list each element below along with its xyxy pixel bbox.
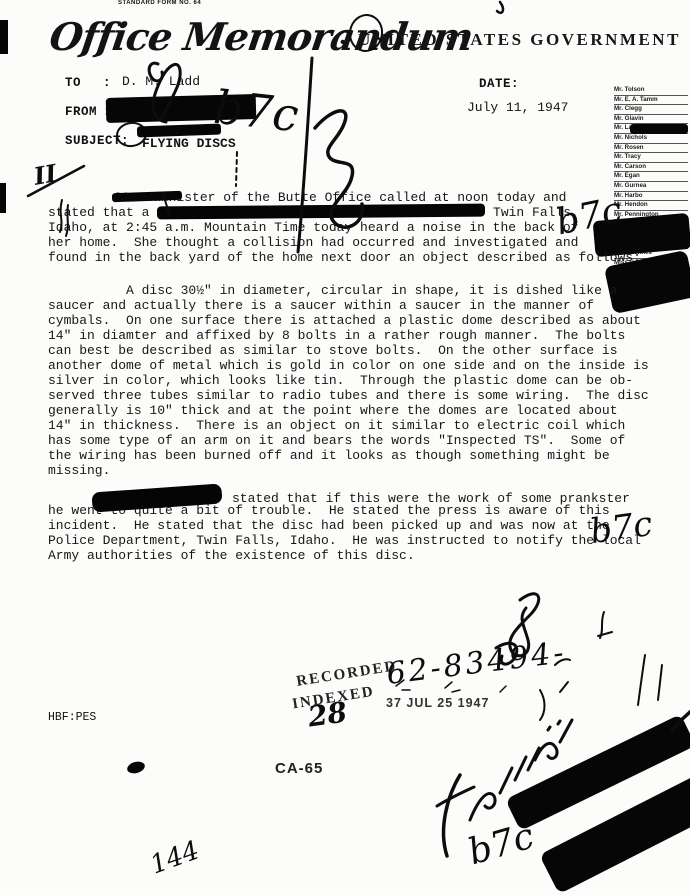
- signature-ascender: [548, 720, 572, 742]
- subject-tick-marks: [236, 152, 237, 186]
- file-number: 62-83494-: [385, 635, 569, 692]
- signature-t-loop: [535, 743, 557, 760]
- body-line: served three tubes similar to radio tube…: [48, 388, 678, 403]
- body-line: Police Department, Twin Falls, Idaho. He…: [48, 533, 678, 548]
- subject-value: FLYING DISCS: [142, 136, 236, 151]
- to-value: D. M. Ladd: [122, 74, 200, 89]
- body-line: another dome of metal which is gold in c…: [48, 358, 678, 373]
- to-colon: :: [103, 76, 111, 90]
- dist-item: Mr. E. A. Tamm: [614, 96, 688, 106]
- date-value: July 11, 1947: [467, 100, 568, 115]
- dist-item: Mr. Egan: [614, 172, 688, 182]
- dist-item: Mr. Tracy: [614, 153, 688, 163]
- indexed-count: 28: [306, 695, 349, 733]
- dist-item: Mr. Glavin: [614, 115, 688, 125]
- body-line: can best be described as similar to stov…: [48, 343, 678, 358]
- date-label: DATE:: [479, 77, 519, 91]
- dist-list-redaction: [630, 124, 688, 134]
- ca65-stamp: CA-65: [275, 760, 323, 777]
- paren-mark: [540, 690, 545, 720]
- memo-page: STANDARD FORM NO. 64 Office Memorandum •…: [0, 0, 690, 895]
- letterhead-bullet: •: [338, 34, 348, 52]
- paragraph-3: stated that if this were the work of som…: [48, 488, 678, 563]
- body-line: generally is 10" thick and at the point …: [48, 403, 678, 418]
- letterhead-org: UNITED STATES GOVERNMENT: [358, 30, 681, 50]
- dist-item: Mr. Carson: [614, 163, 688, 173]
- body-line: has some type of an arm on it and bears …: [48, 433, 678, 448]
- body-line: silver in color, which looks like tin. T…: [48, 373, 678, 388]
- body-line: the wiring has been burned off and it lo…: [48, 448, 678, 463]
- dist-item: Mr. Clegg: [614, 105, 688, 115]
- body-line: stated that a: [48, 205, 157, 220]
- pound-mark: [598, 612, 612, 638]
- body-line: missing.: [48, 463, 678, 478]
- body-line: saucer and actually there is a saucer wi…: [48, 298, 678, 313]
- standard-form-number: STANDARD FORM NO. 64: [118, 0, 201, 6]
- dist-item: Mr. Rosen: [614, 144, 688, 154]
- top-pen-mark: [497, 2, 503, 13]
- body-line: cymbals. On one surface there is attache…: [48, 313, 678, 328]
- signature-loop: [470, 793, 495, 820]
- date-received-stamp: 37 JUL 25 1947: [386, 696, 489, 710]
- from-label: FROM: [65, 105, 97, 119]
- inline-redaction-p1: [157, 204, 485, 220]
- body-line: incident. He stated that the disc had be…: [48, 518, 678, 533]
- signature-stroke-main: [444, 775, 460, 856]
- page-number-handwritten: 144: [146, 835, 203, 880]
- to-label: TO: [65, 76, 81, 90]
- b7c-annotation-top: b7c: [211, 80, 301, 143]
- scan-edge-artifact: [0, 20, 8, 54]
- ink-spot: [126, 760, 146, 775]
- dist-item: Mr. Tolson: [614, 86, 688, 96]
- dist-item: Mr. Nichols: [614, 134, 688, 144]
- typist-initials: HBF:PES: [48, 711, 96, 724]
- scan-edge-artifact: [0, 183, 6, 213]
- body-line: found in the back yard of the home next …: [48, 250, 678, 265]
- body-line: 14" in diamter and affixed by 8 bolts in…: [48, 328, 678, 343]
- margin-mark: II: [32, 158, 59, 190]
- body-line: A disc 30½" in diameter, circular in sha…: [48, 283, 617, 298]
- right-margin-strokes: [638, 655, 662, 705]
- body-line: 14" in thickness. There is an object on …: [48, 418, 678, 433]
- signature-crossbar: [437, 787, 474, 806]
- recorded-stamp: RECORDED: [295, 658, 398, 691]
- body-line: Army authorities of the existence of thi…: [48, 548, 678, 563]
- paragraph-2: A disc 30½" in diameter, circular in sha…: [48, 283, 678, 478]
